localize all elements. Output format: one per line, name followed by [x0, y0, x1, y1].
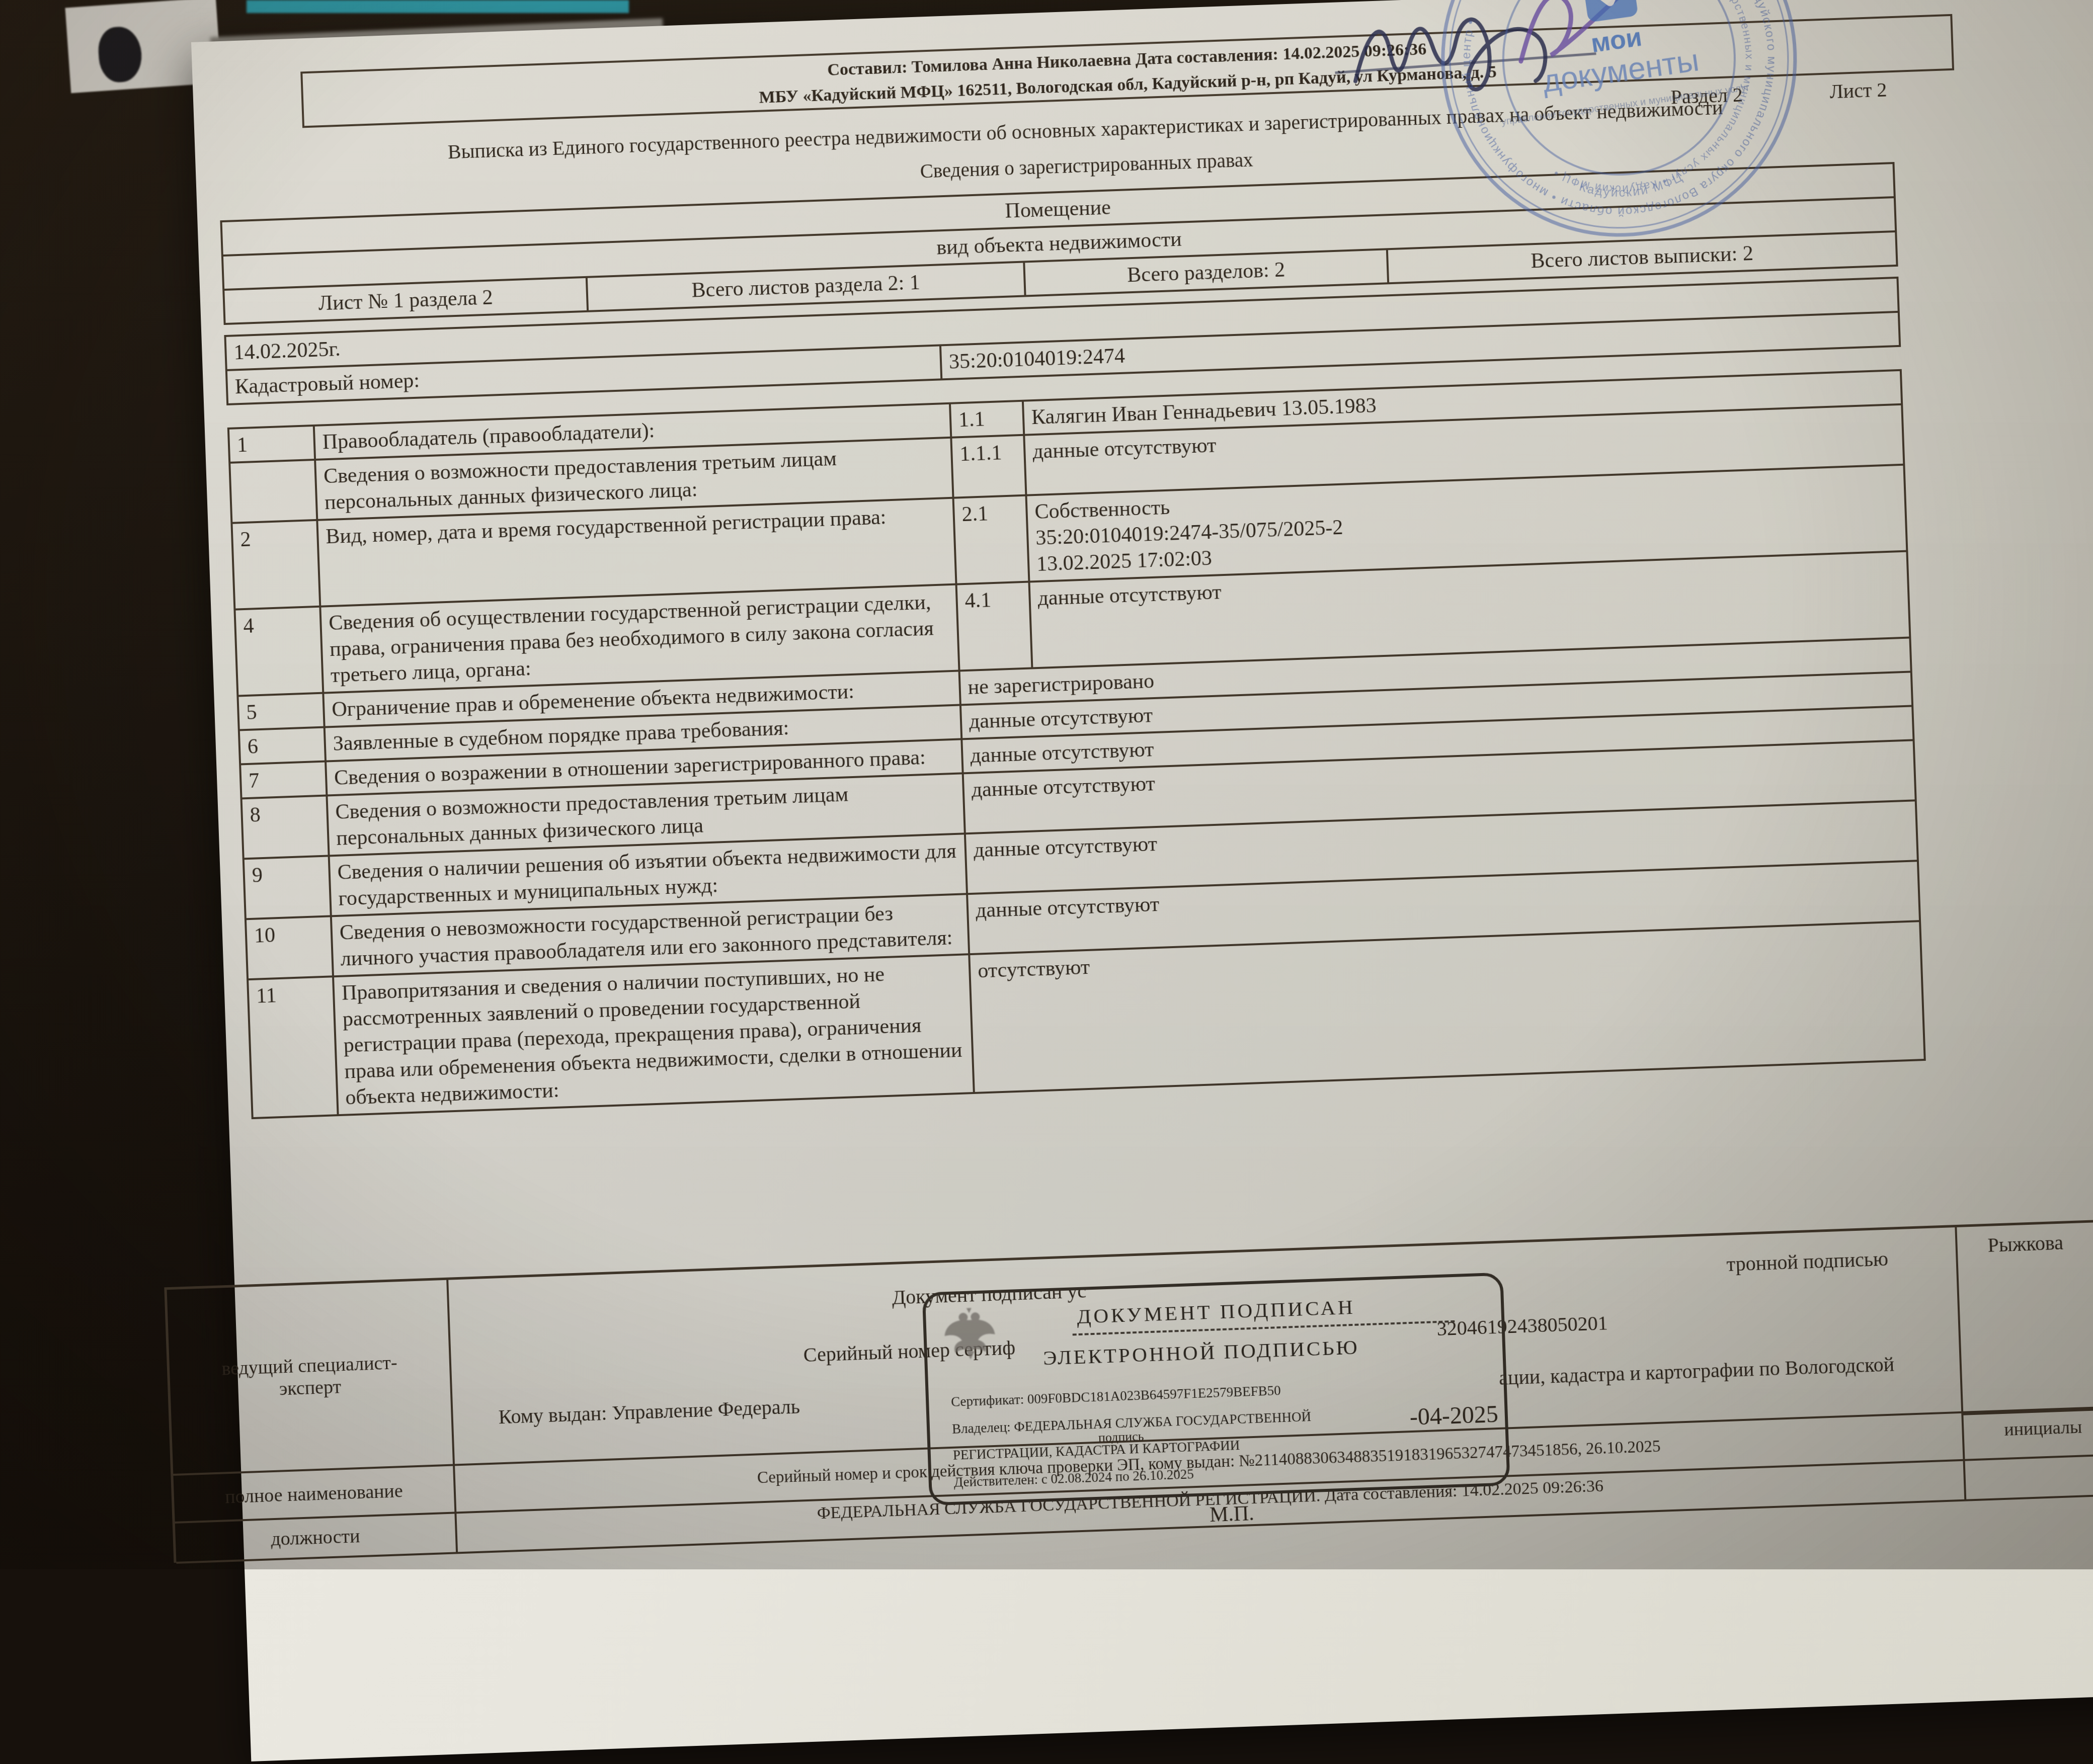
position-label: должности: [271, 1525, 361, 1550]
esign-line-1: ДОКУМЕНТ ПОДПИСАН: [1077, 1295, 1356, 1328]
rights-table: 1 Правообладатель (правообладатели): 1.1…: [227, 369, 1926, 1119]
my-documents-logo-icon: мои документы управление государственных…: [1481, 0, 1750, 128]
row-num: 4: [235, 608, 324, 697]
row-label: Правопритязания и сведения о наличии пос…: [334, 955, 975, 1116]
row-num: 6: [240, 728, 327, 766]
full-name-label: полное наименование: [224, 1480, 403, 1508]
esign-valid: Действителен: с 02.08.2024 по 26.10.2025: [953, 1466, 1194, 1490]
row-num: 8: [243, 796, 330, 860]
row-sub: 1.1: [951, 402, 1025, 439]
row-num: [230, 461, 318, 524]
row-num: 5: [238, 694, 325, 731]
esign-stamp: ДОКУМЕНТ ПОДПИСАН ЭЛЕКТРОННОЙ ПОДПИСЬЮ С…: [922, 1273, 1510, 1506]
signature-block: ведущий специалист- эксперт Документ под…: [164, 1209, 2093, 1563]
esign-certificate: Сертификат: 009F0BDC181A023B64597F1E2579…: [951, 1383, 1281, 1410]
underlying-issued-right: ации, кадастра и картографии по Вологодс…: [1498, 1352, 1894, 1389]
mfc-round-stamp: Бюджетное учреждение Кадуйского муниципа…: [1421, 0, 1817, 257]
coat-of-arms-icon: [938, 1302, 1001, 1364]
teal-object-edge: [247, 0, 629, 13]
row-num: 9: [245, 857, 332, 920]
row-num: 1: [229, 427, 316, 464]
row-sub: 1.1.1: [952, 436, 1027, 499]
signer-position-cell: ведущий специалист- эксперт: [167, 1280, 455, 1476]
esign-owner-2: РЕГИСТРАЦИИ, КАДАСТРА И КАРТОГРАФИИ: [952, 1438, 1240, 1463]
underlying-doc-signed-right: тронной подписью: [1726, 1247, 1889, 1276]
esign-owner-1: Владелец: ФЕДЕРАЛЬНАЯ СЛУЖБА ГОСУДАРСТВЕ…: [952, 1409, 1312, 1437]
photo-background: Составил: Томилова Анна Николаевна Дата …: [0, 0, 2093, 1569]
row-num: 11: [249, 977, 339, 1119]
row-num: 10: [247, 917, 334, 980]
underlying-issued-left: Кому выдан: Управление Федераль: [498, 1394, 800, 1429]
document-page: Составил: Томилова Анна Николаевна Дата …: [191, 0, 2093, 1569]
stamp-sub-text: управление государственных и муниципальн…: [1500, 82, 1750, 128]
card-logo-blob: [97, 25, 143, 83]
signer-surname: Рыжкова: [1987, 1231, 2064, 1257]
signer-name-cell: Рыжкова инициалы: [1957, 1212, 2093, 1413]
mfc-round-stamp-graphic: Бюджетное учреждение Кадуйского муниципа…: [1421, 0, 1817, 257]
row-num: 7: [241, 762, 328, 799]
row-num: 2: [232, 521, 321, 611]
row-sub: 2.1: [954, 496, 1030, 585]
signer-position: ведущий специалист- эксперт: [221, 1352, 398, 1402]
esign-line-2: ЭЛЕКТРОННОЙ ПОДПИСЬЮ: [1042, 1335, 1359, 1370]
row-sub: 4.1: [957, 582, 1033, 671]
